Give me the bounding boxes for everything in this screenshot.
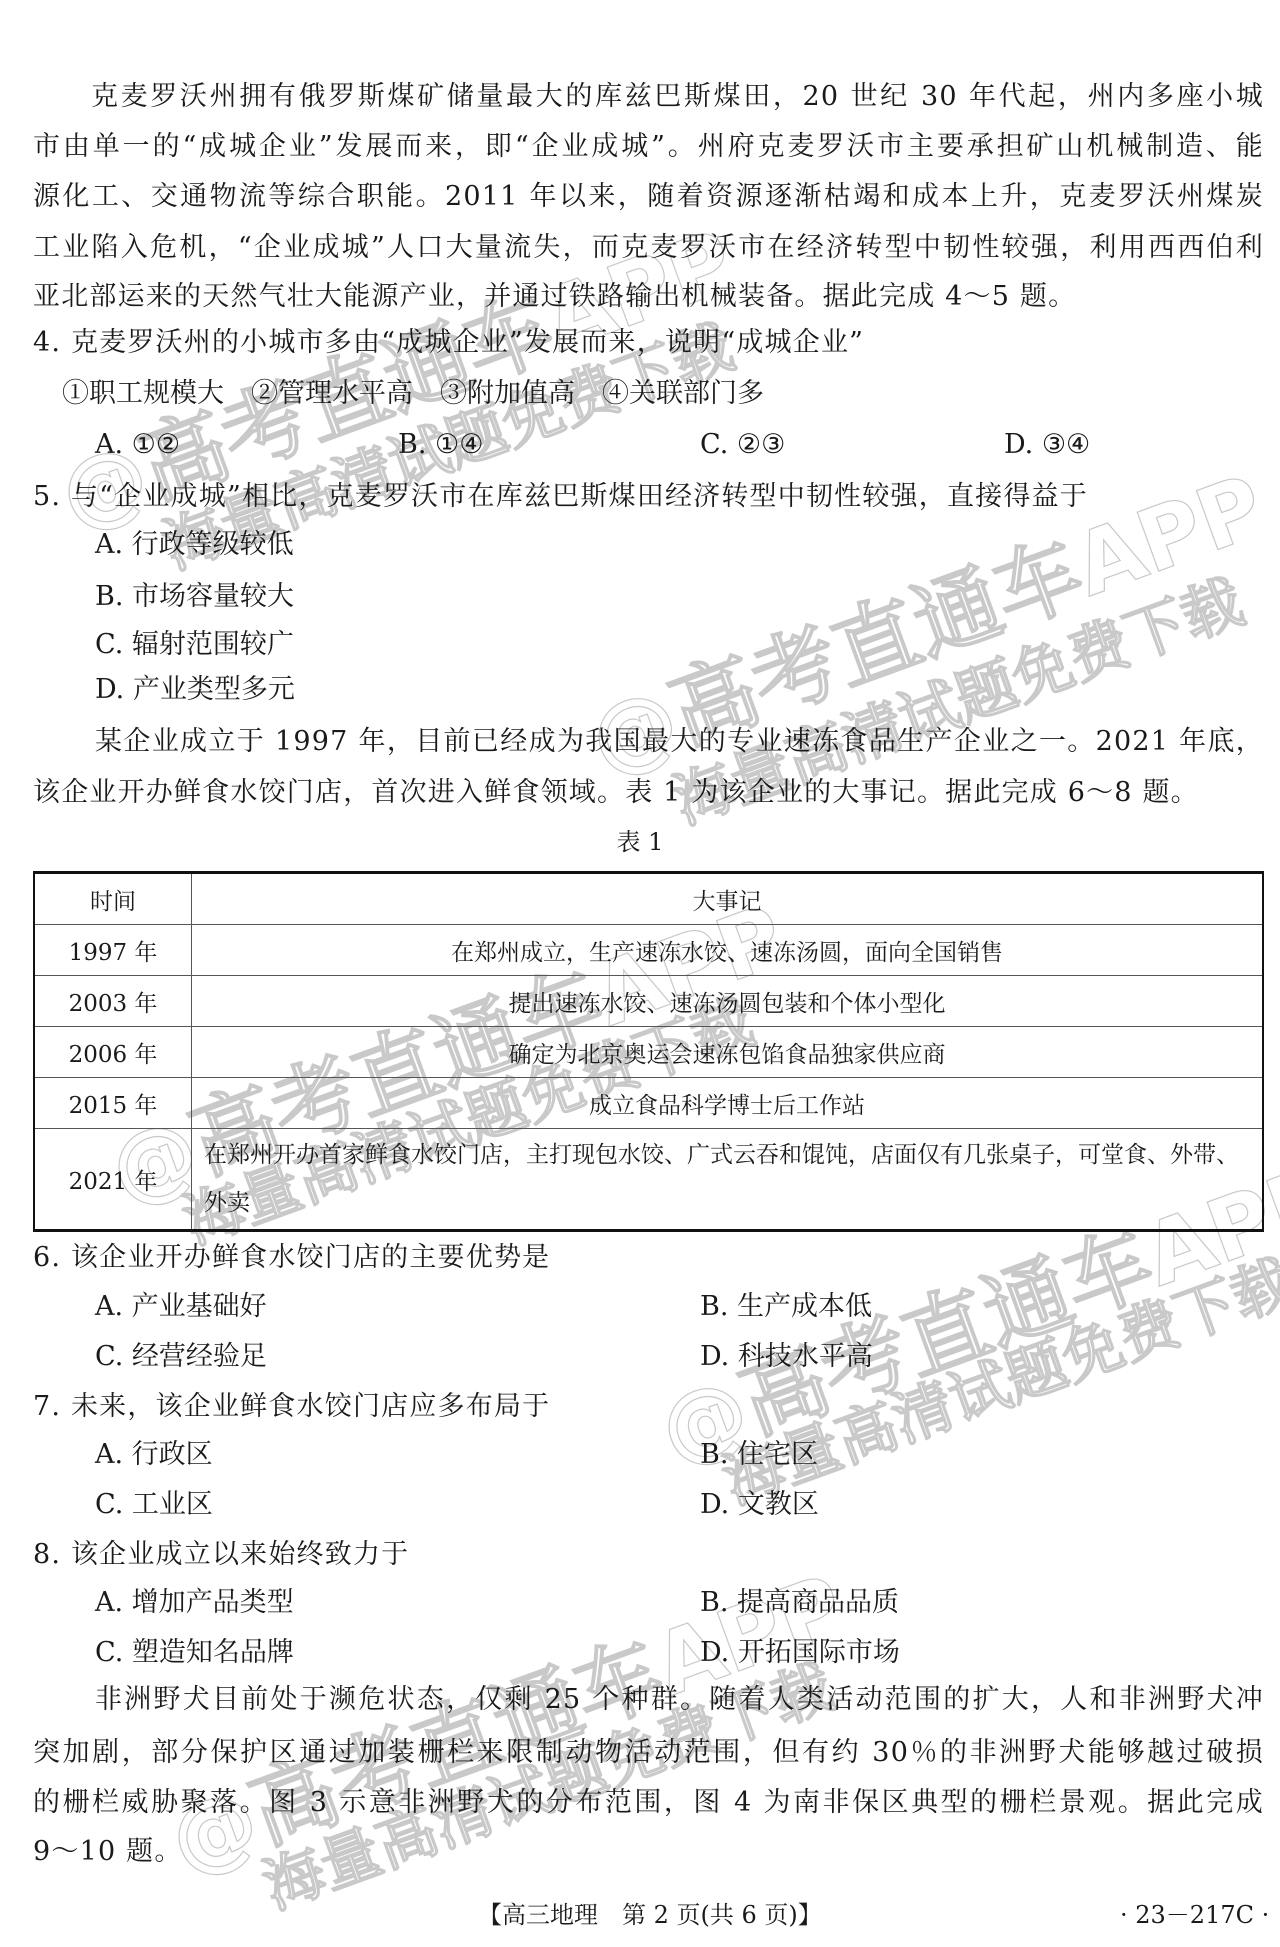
option-b[interactable]: B. 市场容量较大 [95, 579, 294, 615]
year-cell: 1997 年 [34, 925, 192, 976]
passage-line: 该企业开办鲜食水饺门店，首次进入鲜食领域。表 1 为该企业的大事记。据此完成 6… [33, 775, 1264, 811]
option-c[interactable]: C. 辐射范围较广 [95, 627, 294, 663]
option-c[interactable]: C. 工业区 [95, 1487, 213, 1523]
option-a[interactable]: A. 产业基础好 [95, 1289, 267, 1325]
table-row: 2015 年 成立食品科学博士后工作站 [34, 1078, 1263, 1129]
table-caption: 表 1 [0, 822, 1280, 857]
passage-line: 非洲野犬目前处于濒危状态，仅剩 25 个种群。随着人类活动范围的扩大，人和非洲野… [33, 1682, 1264, 1718]
option-b[interactable]: B. 生产成本低 [700, 1289, 872, 1325]
event-cell: 成立食品科学博士后工作站 [192, 1078, 1264, 1129]
question-stem: 8. 该企业成立以来始终致力于 [33, 1537, 1264, 1573]
page-footer-label: 【高三地理 第 2 页(共 6 页)】 [478, 1895, 822, 1930]
year-cell: 2015 年 [34, 1078, 192, 1129]
passage-line: 某企业成立于 1997 年，目前已经成为我国最大的专业速冻食品生产企业之一。20… [33, 724, 1264, 760]
passage-line: 克麦罗沃州拥有俄罗斯煤矿储量最大的库兹巴斯煤田，20 世纪 30 年代起，州内多… [33, 79, 1264, 115]
passage-line: 的栅栏威胁聚落。图 3 示意非洲野犬的分布范围，图 4 为南非保区典型的栅栏景观… [33, 1785, 1264, 1821]
year-cell: 2021 年 [34, 1129, 192, 1231]
question-stem: 6. 该企业开办鲜食水饺门店的主要优势是 [33, 1240, 1264, 1276]
option-c[interactable]: C. 经营经验足 [95, 1339, 267, 1375]
option-d[interactable]: D. 产业类型多元 [95, 672, 295, 708]
column-header-events: 大事记 [192, 873, 1264, 925]
event-cell: 确定为北京奥运会速冻包馅食品独家供应商 [192, 1027, 1264, 1078]
option-d[interactable]: D. 文教区 [700, 1487, 819, 1523]
option-c[interactable]: C. ②③ [700, 427, 785, 463]
passage-line: 亚北部运来的天然气壮大能源产业，并通过铁路输出机械装备。据此完成 4～5 题。 [33, 279, 1264, 315]
passage-line: 市由单一的“成城企业”发展而来，即“企业成城”。州府克麦罗沃市主要承担矿山机械制… [33, 129, 1264, 165]
question-stem: 7. 未来，该企业鲜食水饺门店应多布局于 [33, 1389, 1264, 1425]
option-a[interactable]: A. 行政区 [95, 1437, 213, 1473]
table-header-row: 时间 大事记 [34, 873, 1263, 925]
question-stem: 4. 克麦罗沃州的小城市多由“成城企业”发展而来，说明“成城企业” [33, 325, 1264, 361]
option-d[interactable]: D. 开拓国际市场 [700, 1635, 900, 1671]
watermark-subtitle: 海量高清试题免费下载 [710, 1235, 1280, 1521]
option-b[interactable]: B. ①④ [398, 427, 483, 463]
table-row: 2021 年 在郑州开办首家鲜食水饺门店，主打现包水饺、广式云吞和馄饨，店面仅有… [34, 1129, 1263, 1231]
option-a[interactable]: A. 行政等级较低 [95, 527, 294, 563]
passage-line: 突加剧，部分保护区通过加装栅栏来限制动物活动范围，但有约 30％的非洲野犬能够越… [33, 1735, 1264, 1771]
table-row: 2003 年 提出速冻水饺、速冻汤圆包装和个体小型化 [34, 976, 1263, 1027]
table-row: 2006 年 确定为北京奥运会速冻包馅食品独家供应商 [34, 1027, 1263, 1078]
option-b[interactable]: B. 提高商品品质 [700, 1585, 899, 1621]
question-stem: 5. 与“企业成城”相比，克麦罗沃市在库兹巴斯煤田经济转型中韧性较强，直接得益于 [33, 479, 1264, 515]
passage-line: 9～10 题。 [33, 1834, 1264, 1870]
event-cell: 提出速冻水饺、速冻汤圆包装和个体小型化 [192, 976, 1264, 1027]
option-d[interactable]: D. ③④ [1004, 427, 1090, 463]
year-cell: 2006 年 [34, 1027, 192, 1078]
passage-line: 工业陷入危机，“企业成城”人口大量流失，而克麦罗沃市在经济转型中韧性较强，利用西… [33, 230, 1264, 266]
paper-code: · 23－217C · [1120, 1895, 1269, 1930]
event-cell: 在郑州成立，生产速冻水饺、速冻汤圆，面向全国销售 [192, 925, 1264, 976]
events-table: 时间 大事记 1997 年 在郑州成立，生产速冻水饺、速冻汤圆，面向全国销售 2… [33, 871, 1264, 1232]
year-cell: 2003 年 [34, 976, 192, 1027]
column-header-time: 时间 [34, 873, 192, 925]
option-a[interactable]: A. ①② [95, 427, 180, 463]
question-statements: ①职工规模大 ②管理水平高 ③附加值高 ④关联部门多 [62, 376, 764, 412]
passage-line: 源化工、交通物流等综合职能。2011 年以来，随着资源逐渐枯竭和成本上升，克麦罗… [33, 179, 1264, 215]
option-a[interactable]: A. 增加产品类型 [95, 1585, 294, 1621]
option-b[interactable]: B. 住宅区 [700, 1437, 818, 1473]
table-row: 1997 年 在郑州成立，生产速冻水饺、速冻汤圆，面向全国销售 [34, 925, 1263, 976]
event-cell: 在郑州开办首家鲜食水饺门店，主打现包水饺、广式云吞和馄饨，店面仅有几张桌子，可堂… [192, 1129, 1264, 1231]
option-d[interactable]: D. 科技水平高 [700, 1339, 873, 1375]
option-c[interactable]: C. 塑造知名品牌 [95, 1635, 294, 1671]
